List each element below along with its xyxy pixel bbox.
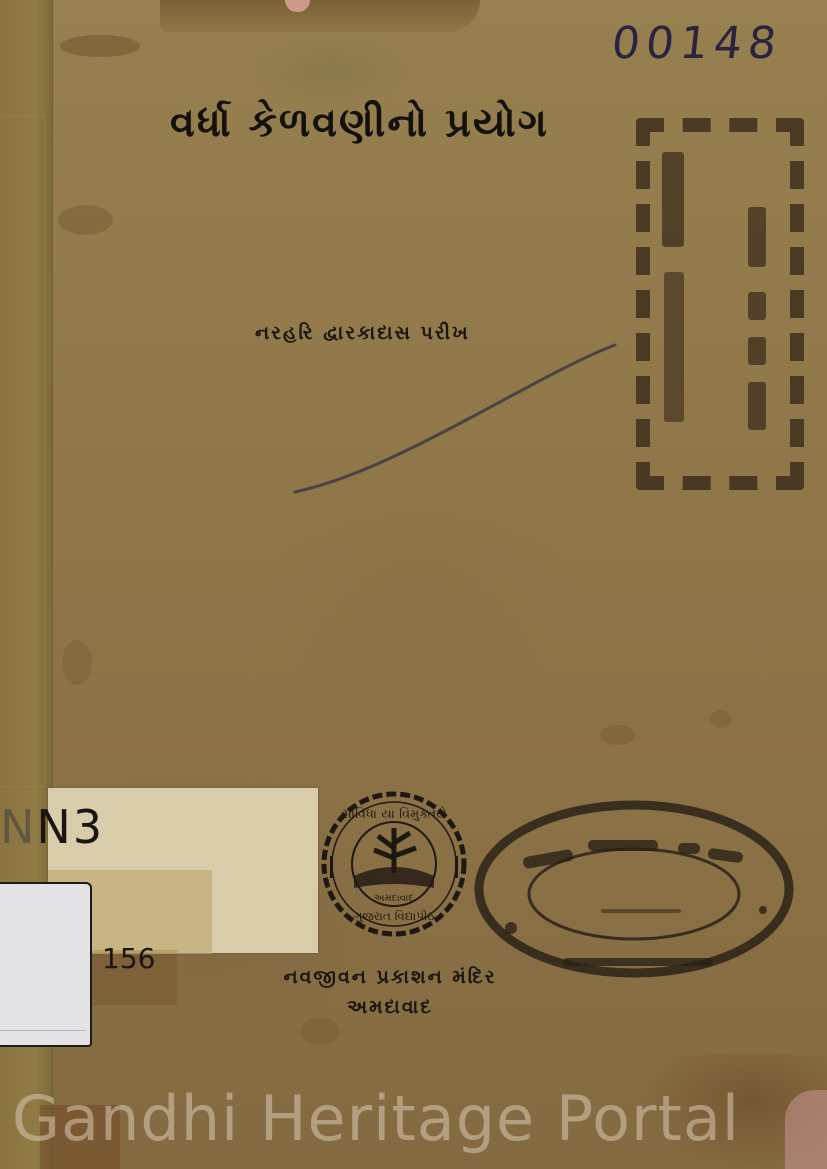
book-title: વર્ધા કેળવણીનો પ્રયોગ (170, 100, 630, 146)
book-publisher: નવજીવન પ્રકાશન મંદિર (245, 966, 535, 988)
watermark-text: Gandhi Heritage Portal (12, 1082, 822, 1155)
rectangular-library-stamp-icon (636, 118, 804, 490)
stain (60, 35, 140, 57)
stain (600, 725, 635, 745)
handwritten-catalog-number: 00148 (609, 18, 784, 69)
stain (58, 205, 113, 235)
pen-stroke-mark (290, 340, 620, 500)
handwritten-shelf-label: NN3 (0, 800, 104, 854)
handwritten-shelf-number: 156 (102, 942, 155, 975)
svg-text:ગુજરાત વિદ્યાપીઠ: ગુજરાત વિદ્યાપીઠ (354, 909, 435, 923)
svg-text:સાવિધા યા વિમુક્તયે: સાવિધા યા વિમુક્તયે (341, 806, 447, 822)
spine-tape-edge (0, 115, 45, 787)
library-oval-stamp-icon (473, 798, 795, 980)
stain (710, 710, 732, 728)
white-card-label (0, 882, 92, 1047)
stain (300, 1018, 340, 1044)
svg-text:અમદાવાદ: અમદાવાદ (374, 893, 414, 904)
tree-emblem-icon: સાવિધા યા વિમુક્તયે અમદાવાદ ગુજરાત વિદ્ય… (318, 788, 470, 940)
top-stain (160, 0, 480, 32)
publisher-city: અમદાવાદ (245, 996, 535, 1018)
stain (62, 640, 92, 685)
book-cover: 00148 વર્ધા કેળવણીનો પ્રયોગ નરહરિ દ્વારક… (0, 0, 827, 1169)
